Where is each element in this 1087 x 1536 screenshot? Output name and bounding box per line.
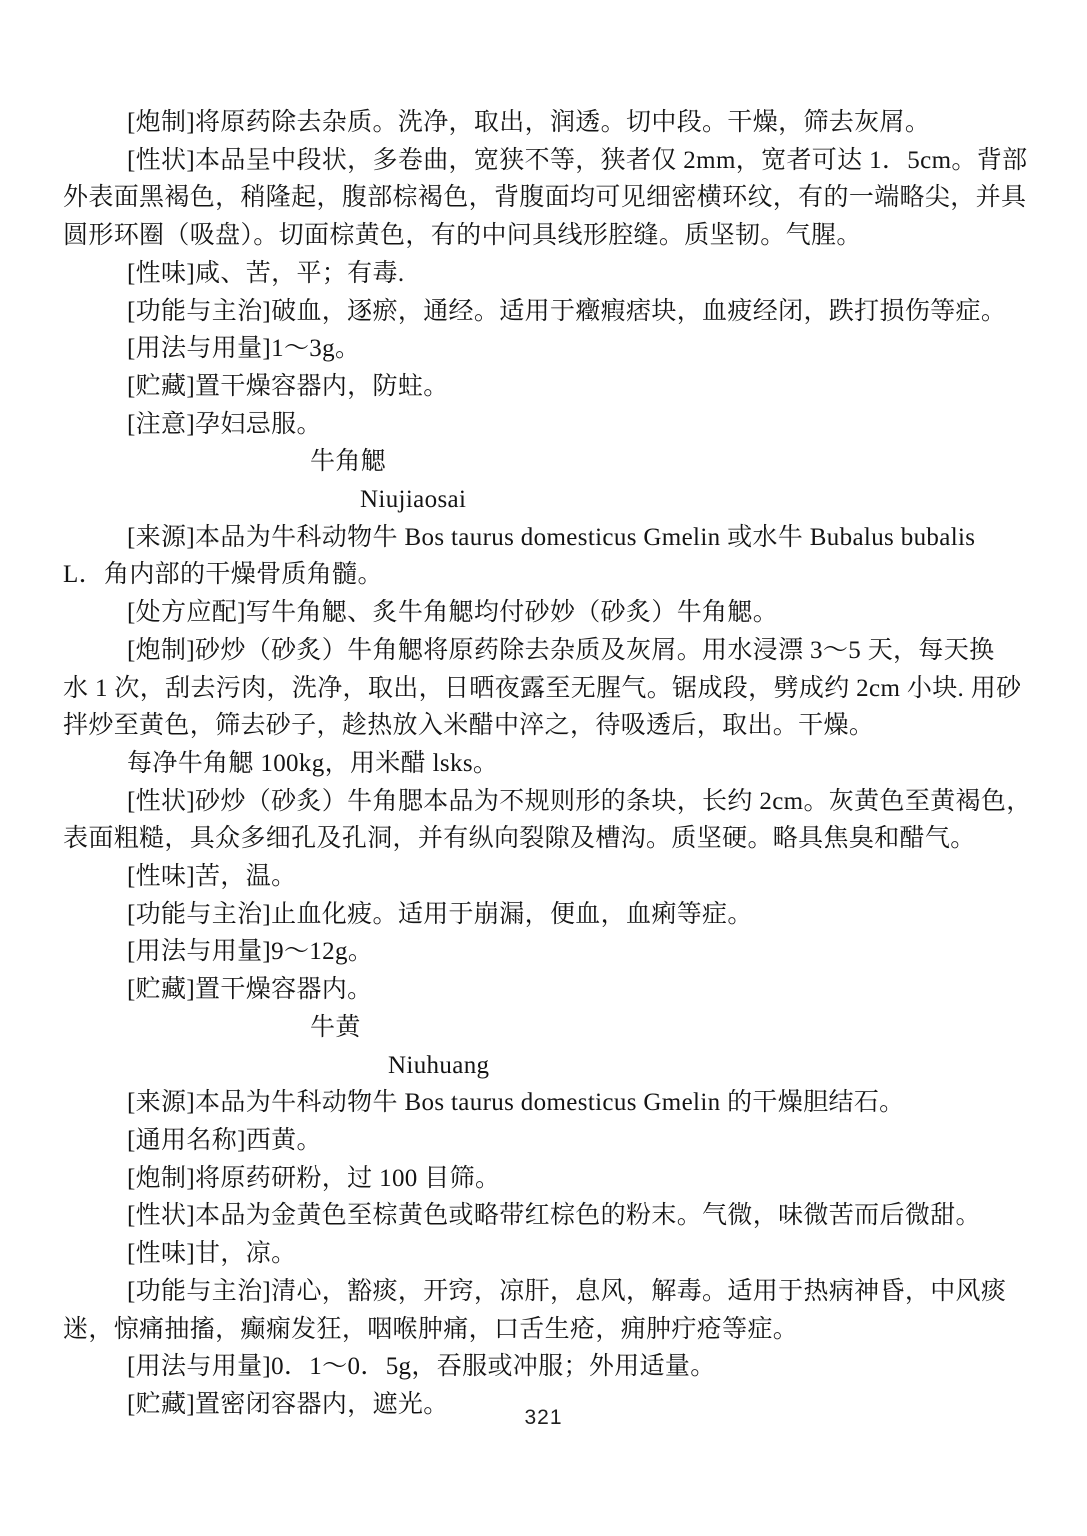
monograph-title-cn: 牛黄: [63, 1009, 1025, 1047]
text-line: [功能与主治]止血化疲。适用于崩漏，便血，血痢等症。: [63, 896, 1025, 934]
text-line: [通用名称]西黄。: [63, 1122, 1025, 1160]
text-line: 每净牛角䚡 100kg，用米醋 lsks。: [63, 745, 1025, 783]
text-line: 迷，惊痛抽搐，癫痫发狂，咽喉肿痛，口舌生疮，痈肿疔疮等症。: [63, 1311, 1025, 1349]
text-line: [性状]本品呈中段状，多卷曲，宽狭不等，狭者仅 2mm，宽者可达 1．5cm。背…: [63, 142, 1025, 180]
text-line: 水 1 次，刮去污肉，洗净，取出，日晒夜露至无腥气。锯成段，劈成约 2cm 小块…: [63, 670, 1025, 708]
text-line: [炮制]将原药研粉，过 100 目筛。: [63, 1160, 1025, 1198]
text-line: [炮制]砂炒（砂炙）牛角䚡将原药除去杂质及灰屑。用水浸漂 3～5 天，每天换: [63, 632, 1025, 670]
text-line: [贮藏]置干燥容器内。: [63, 971, 1025, 1009]
monograph-title-cn: 牛角䚡: [63, 443, 1025, 481]
text-line: [炮制]将原药除去杂质。洗净，取出，润透。切中段。干燥，筛去灰屑。: [63, 104, 1025, 142]
text-line: [注意]孕妇忌服。: [63, 406, 1025, 444]
text-line: [功能与主治]破血，逐瘀，通经。适用于癥瘕痞块，血疲经闭，跌打损伤等症。: [63, 293, 1025, 331]
document-body: [炮制]将原药除去杂质。洗净，取出，润透。切中段。干燥，筛去灰屑。[性状]本品呈…: [63, 104, 1025, 1424]
monograph-title-pinyin: Niuhuang: [63, 1047, 1025, 1085]
monograph-title-pinyin: Niujiaosai: [63, 481, 1025, 519]
text-line: [功能与主治]清心，豁痰，开窍，凉肝，息风，解毒。适用于热病神昏，中风痰: [63, 1273, 1025, 1311]
text-line: [性状]本品为金黄色至棕黄色或略带红棕色的粉末。气微，味微苦而后微甜。: [63, 1197, 1025, 1235]
text-line: [处方应配]写牛角䚡、炙牛角䚡均付砂妙（砂炙）牛角䚡。: [63, 594, 1025, 632]
text-line: [贮藏]置干燥容器内，防蛀。: [63, 368, 1025, 406]
text-line: [用法与用量]9～12g。: [63, 933, 1025, 971]
text-line: [用法与用量]1～3g。: [63, 330, 1025, 368]
text-line: 外表面黑褐色，稍隆起，腹部棕褐色，背腹面均可见细密横环纹，有的一端略尖，并具: [63, 179, 1025, 217]
text-line: [来源]本品为牛科动物牛 Bos taurus domesticus Gmeli…: [63, 1084, 1025, 1122]
text-line: 表面粗糙，具众多细孔及孔洞，并有纵向裂隙及槽沟。质坚硬。略具焦臭和醋气。: [63, 820, 1025, 858]
document-page: [炮制]将原药除去杂质。洗净，取出，润透。切中段。干燥，筛去灰屑。[性状]本品呈…: [0, 0, 1087, 1536]
text-line: L．角内部的干燥骨质角髓。: [63, 556, 1025, 594]
text-line: 拌炒至黄色，筛去砂子，趁热放入米醋中淬之，待吸透后，取出。干燥。: [63, 707, 1025, 745]
text-line: [来源]本品为牛科动物牛 Bos taurus domesticus Gmeli…: [63, 519, 1025, 557]
text-line: [性味]咸、苦，平；有毒.: [63, 255, 1025, 293]
page-number: 321: [0, 1406, 1087, 1430]
text-line: 圆形环圈（吸盘）。切面棕黄色，有的中问具线形腔缝。质坚韧。气腥。: [63, 217, 1025, 255]
text-line: [性味]苦，温。: [63, 858, 1025, 896]
text-line: [性味]甘，凉。: [63, 1235, 1025, 1273]
text-line: [用法与用量]0．1～0．5g，吞服或冲服；外用适量。: [63, 1348, 1025, 1386]
text-line: [性状]砂炒（砂炙）牛角腮本品为不规则形的条块，长约 2cm。灰黄色至黄褐色，: [63, 783, 1025, 821]
